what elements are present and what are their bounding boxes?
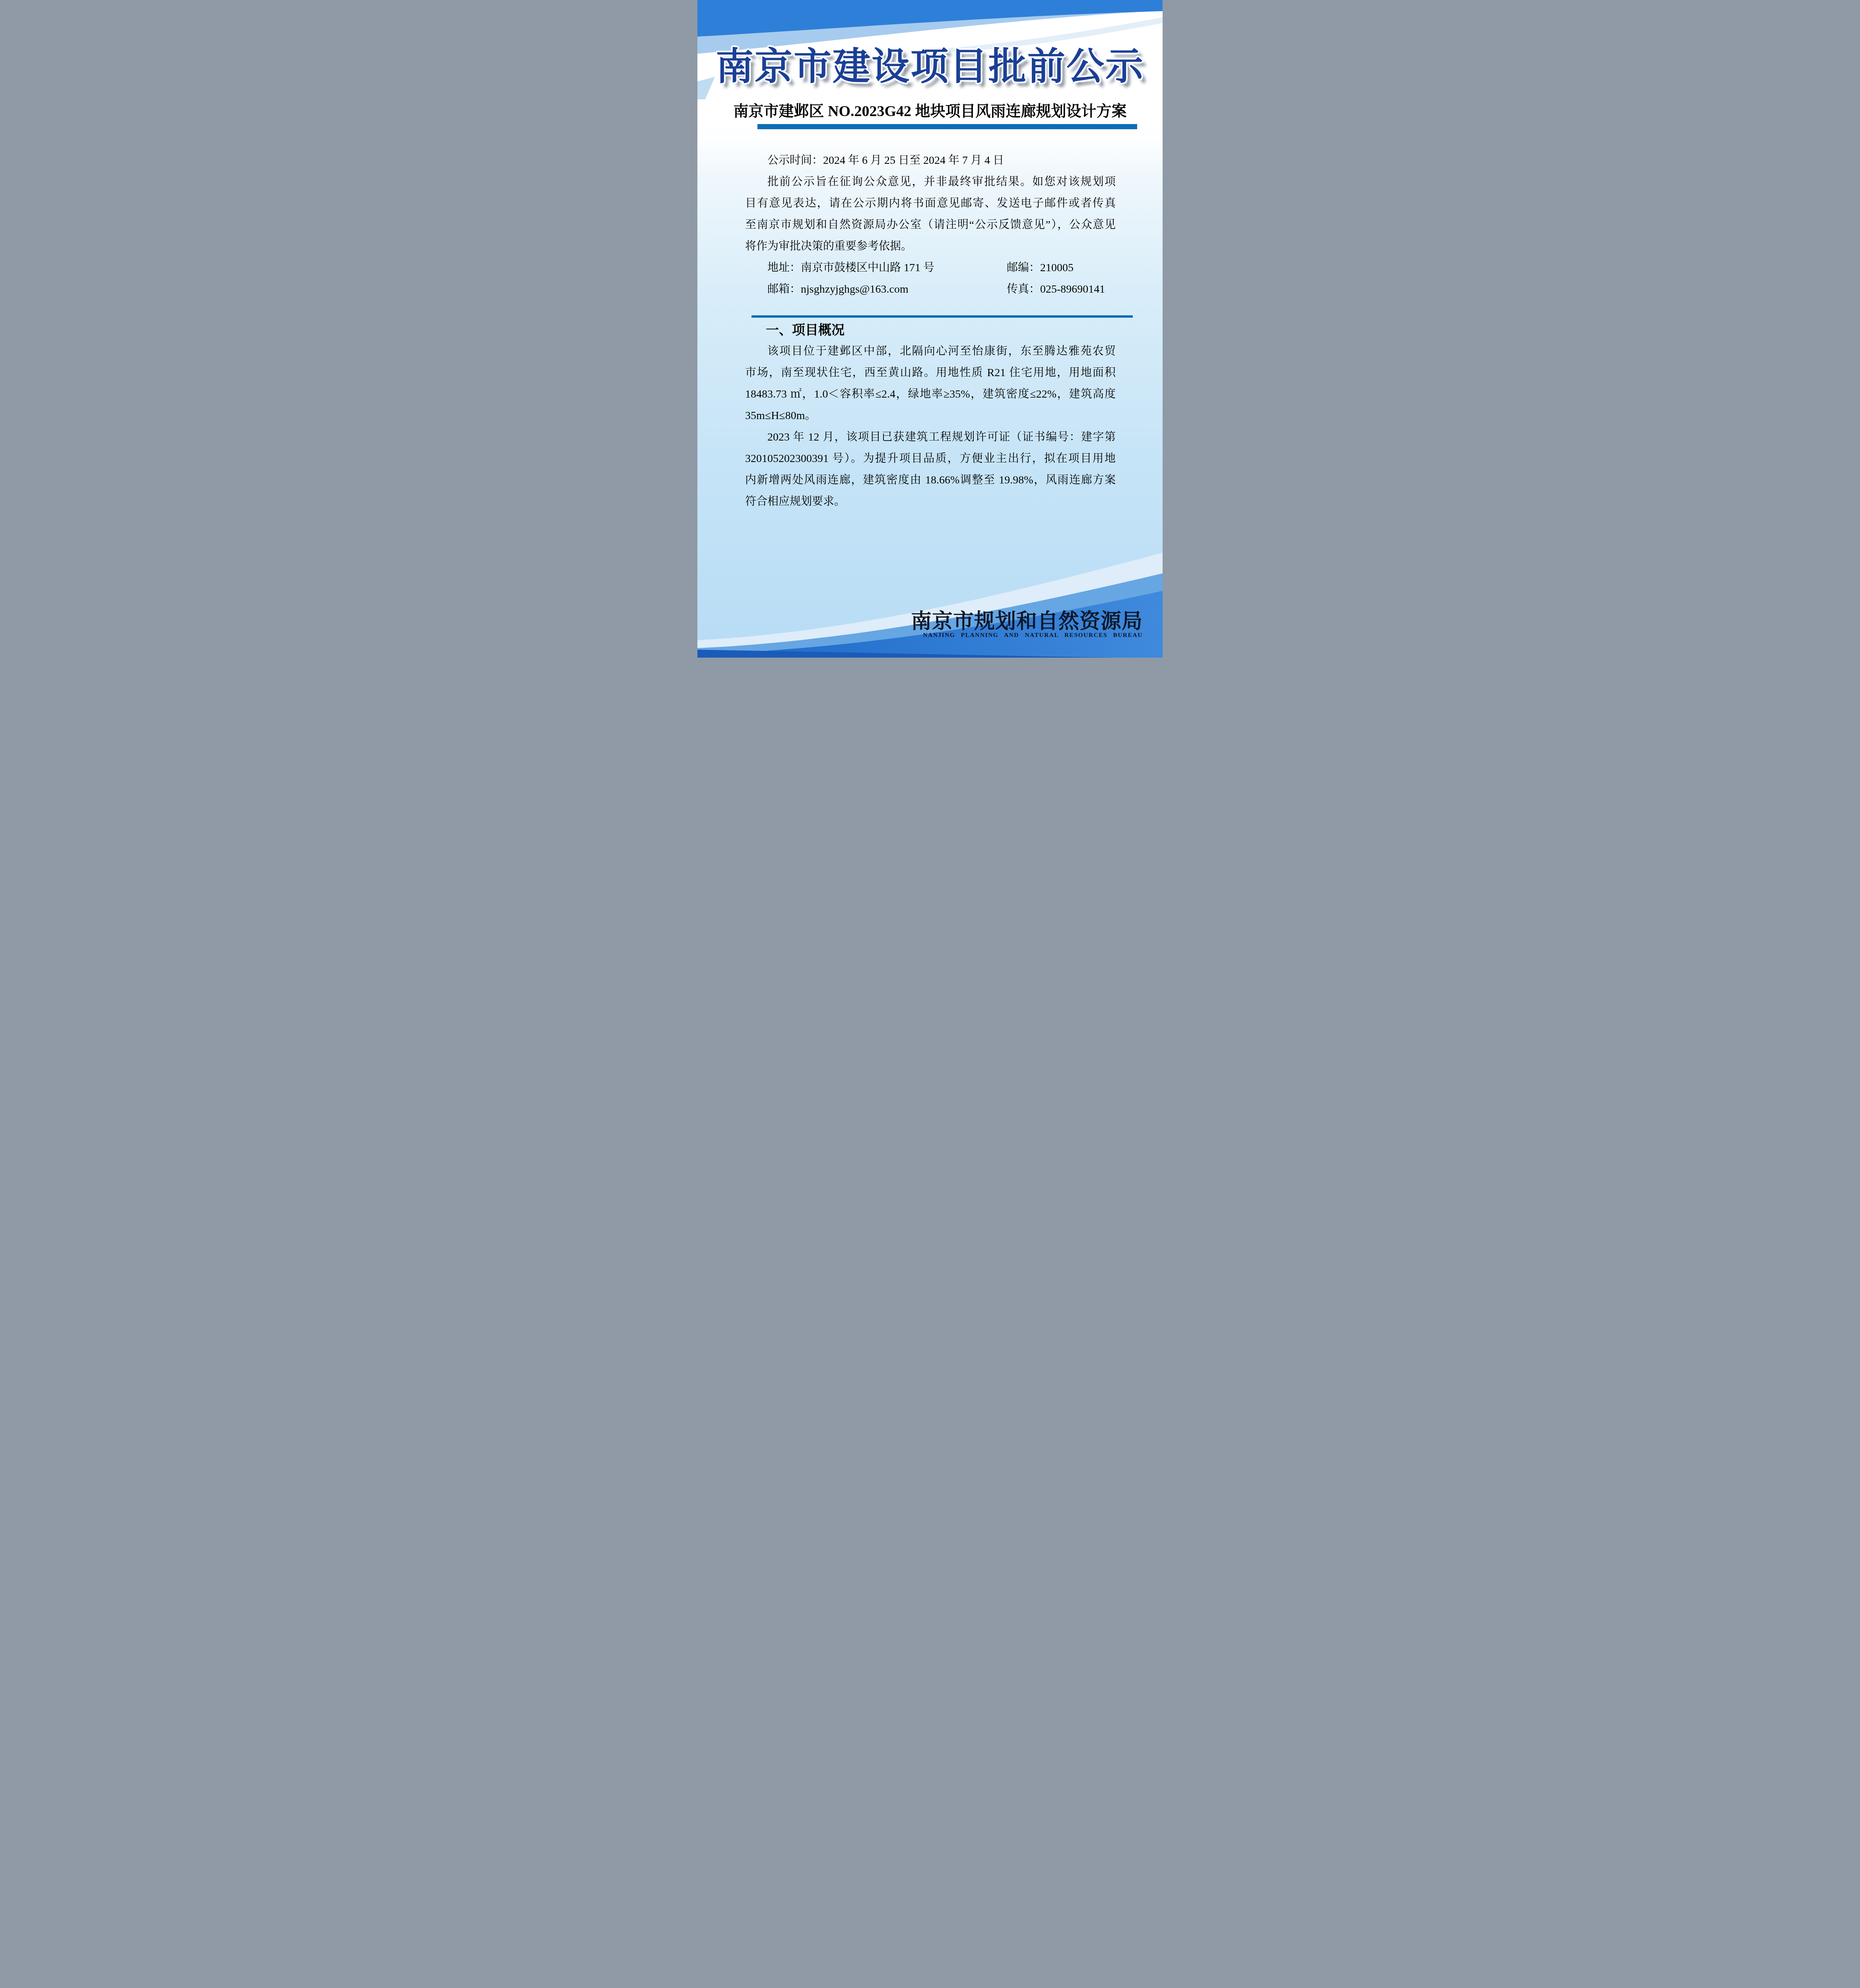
bureau-name-cn: 南京市规划和自然资源局 xyxy=(911,611,1143,633)
postcode-text: 邮编：210005 xyxy=(1007,257,1074,279)
subtitle-underline-bar xyxy=(757,124,1137,129)
project-subtitle: 南京市建邺区 NO.2023G42 地块项目风雨连廊规划设计方案 xyxy=(697,99,1163,120)
overview-line: 35m≤H≤80m。 xyxy=(745,405,1116,427)
address-text: 地址：南京市鼓楼区中山路 171 号 xyxy=(767,262,934,274)
email-text: 邮箱：njsghzyjghgs@163.com xyxy=(767,283,909,295)
bureau-name-en: NANJING PLANNING AND NATURAL RESOURCES B… xyxy=(923,631,1143,639)
notice-line: 批前公示旨在征询公众意见，并非最终审批结果。如您对该规划项 xyxy=(745,171,1116,193)
notice-block: 公示时间：2024 年 6 月 25 日至 2024 年 7 月 4 日 批前公… xyxy=(745,150,1116,300)
publicity-period-line: 公示时间：2024 年 6 月 25 日至 2024 年 7 月 4 日 xyxy=(745,150,1116,171)
overview-line: 市场，南至现状住宅，西至黄山路。用地性质 R21 住宅用地，用地面积 xyxy=(745,362,1116,384)
notice-page: 南京市建设项目批前公示 南京市建邺区 NO.2023G42 地块项目风雨连廊规划… xyxy=(697,0,1163,658)
fax-text: 传真：025-89690141 xyxy=(1007,279,1105,300)
notice-line: 至南京市规划和自然资源局办公室（请注明“公示反馈意见”），公众意见 xyxy=(745,214,1116,236)
overview-line: 18483.73 ㎡，1.0＜容积率≤2.4，绿地率≥35%，建筑密度≤22%，… xyxy=(745,384,1116,405)
contact-address-line: 地址：南京市鼓楼区中山路 171 号 邮编：210005 xyxy=(745,257,1116,279)
banner-title: 南京市建设项目批前公示 xyxy=(697,37,1163,91)
overview-block: 该项目位于建邺区中部，北隔向心河至怡康街，东至腾达雅苑农贸 市场，南至现状住宅，… xyxy=(745,341,1116,513)
overview-line: 该项目位于建邺区中部，北隔向心河至怡康街，东至腾达雅苑农贸 xyxy=(745,341,1116,362)
section-divider xyxy=(751,315,1133,318)
section-heading: 一、项目概况 xyxy=(766,321,845,339)
notice-line: 目有意见表达，请在公示期内将书面意见邮寄、发送电子邮件或者传真 xyxy=(745,193,1116,214)
overview-line: 符合相应规划要求。 xyxy=(745,491,1116,513)
contact-email-line: 邮箱：njsghzyjghgs@163.com 传真：025-89690141 xyxy=(745,279,1116,300)
notice-closing-line: 将作为审批决策的重要参考依据。 xyxy=(745,236,1116,257)
overview-line: 2023 年 12 月，该项目已获建筑工程规划许可证（证书编号：建字第 xyxy=(745,427,1116,448)
overview-line: 320105202300391 号）。为提升项目品质，方便业主出行，拟在项目用地 xyxy=(745,448,1116,470)
overview-line: 内新增两处风雨连廊，建筑密度由 18.66%调整至 19.98%，风雨连廊方案 xyxy=(745,470,1116,491)
